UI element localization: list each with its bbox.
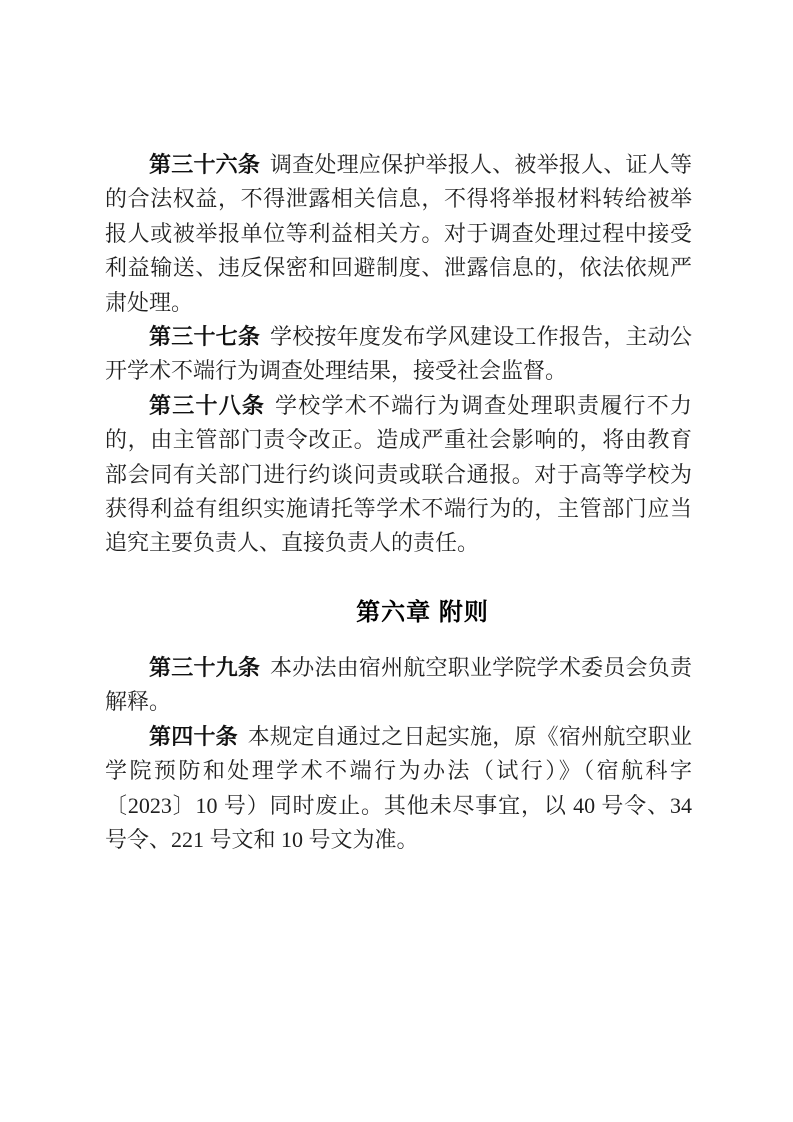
chapter-heading: 第六章 附则 bbox=[105, 593, 692, 633]
article-number-label: 第三十九条 bbox=[149, 655, 270, 680]
article-paragraph: 第四十条本规定自通过之日起实施，原《宿州航空职业学院预防和处理学术不端行为办法（… bbox=[105, 720, 692, 858]
article-number-label: 第四十条 bbox=[149, 724, 248, 749]
article-paragraph: 第三十七条学校按年度发布学风建设工作报告，主动公开学术不端行为调查处理结果，接受… bbox=[105, 320, 692, 389]
article-number-label: 第三十七条 bbox=[149, 324, 270, 349]
document-page: 第三十六条调查处理应保护举报人、被举报人、证人等的合法权益，不得泄露相关信息，不… bbox=[0, 0, 793, 1122]
article-number-label: 第三十八条 bbox=[149, 393, 275, 418]
document-content: 第三十六条调查处理应保护举报人、被举报人、证人等的合法权益，不得泄露相关信息，不… bbox=[105, 148, 692, 857]
article-paragraph: 第三十六条调查处理应保护举报人、被举报人、证人等的合法权益，不得泄露相关信息，不… bbox=[105, 148, 692, 320]
article-number-label: 第三十六条 bbox=[149, 152, 270, 177]
article-paragraph: 第三十八条学校学术不端行为调查处理职责履行不力的，由主管部门责令改正。造成严重社… bbox=[105, 389, 692, 561]
article-paragraph: 第三十九条本办法由宿州航空职业学院学术委员会负责解释。 bbox=[105, 651, 692, 720]
